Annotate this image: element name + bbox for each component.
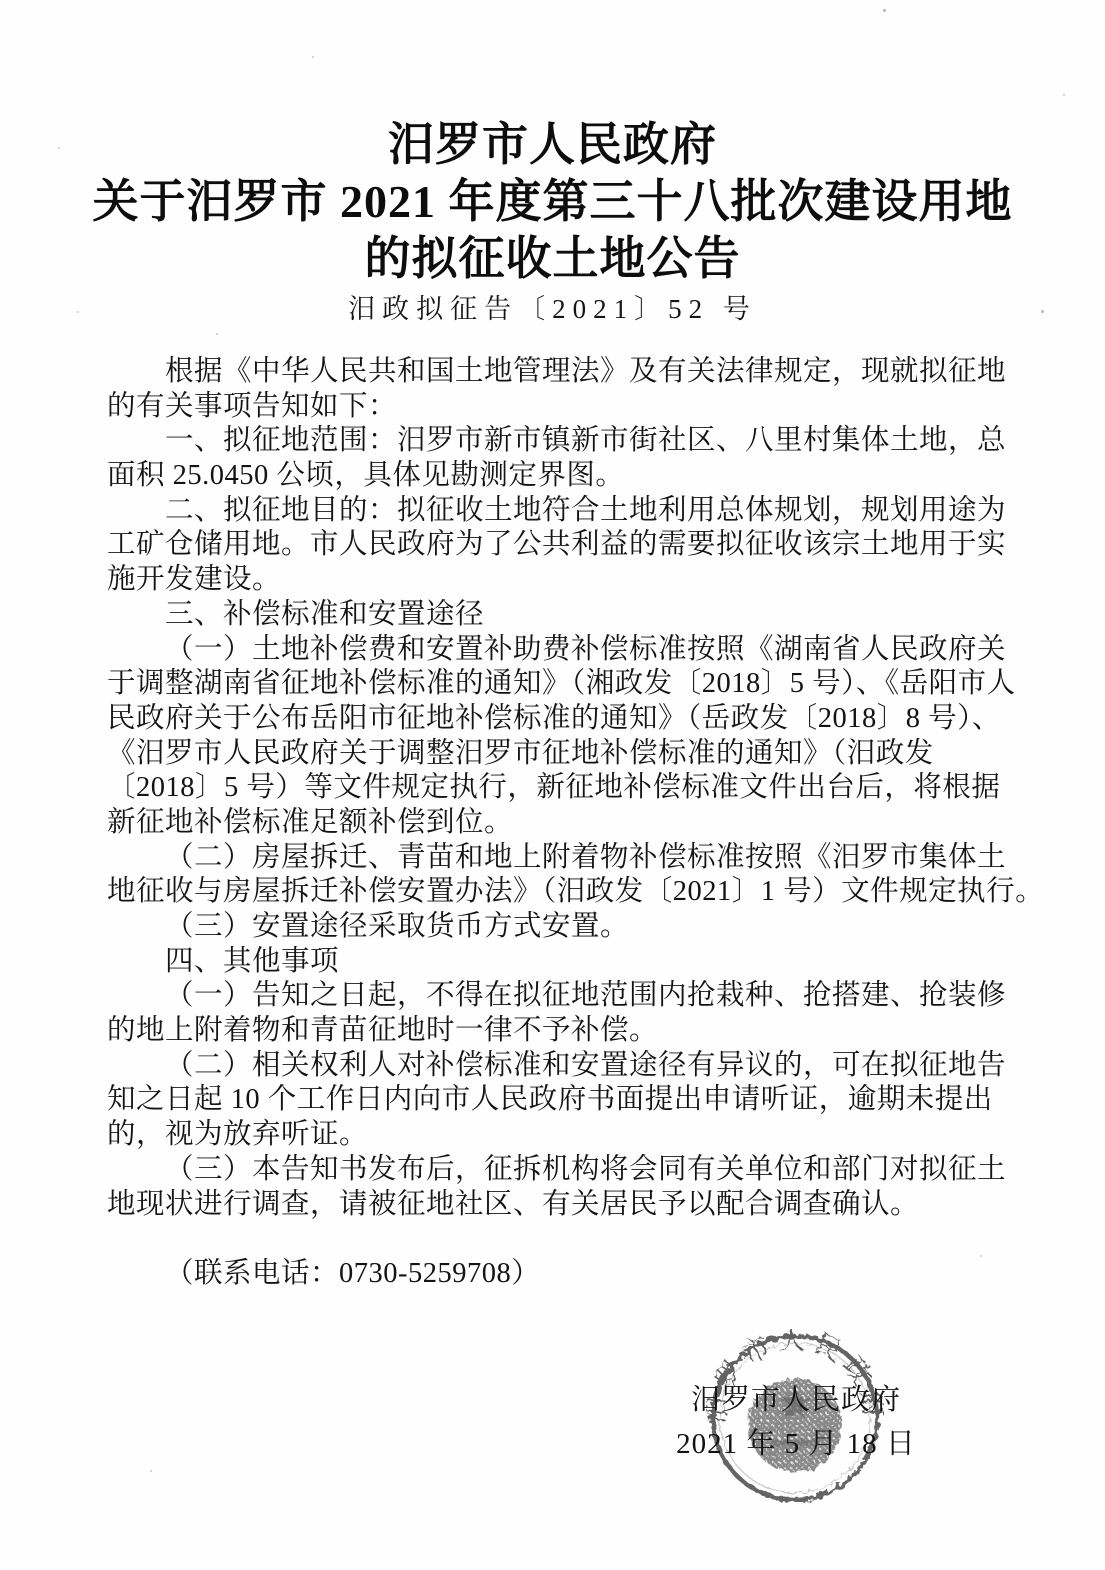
announcement-page: 汨罗市人民政府 关于汨罗市 2021 年度第三十八批次建设用地 的拟征收土地公告… — [0, 0, 1105, 1570]
body-line: （二）房屋拆迁、青苗和地上附着物补偿标准按照《汨罗市集体土 — [107, 841, 1019, 876]
body-line: 地现状进行调查，请被征地社区、有关居民予以配合调查确认。 — [107, 1188, 1019, 1223]
title-line-3: 的拟征收土地公告 — [0, 230, 1105, 287]
document-title: 汨罗市人民政府 关于汨罗市 2021 年度第三十八批次建设用地 的拟征收土地公告 — [0, 116, 1105, 287]
body-line: 《汨罗市人民政府关于调整汨罗市征地补偿标准的通知》（汨政发 — [107, 737, 1019, 772]
body-line: 工矿仓储用地。市人民政府为了公共利益的需要拟征收该宗土地用于实 — [107, 528, 1019, 563]
body-line: 三、补偿标准和安置途径 — [107, 598, 1019, 633]
body-line: 的有关事项告知如下： — [107, 390, 1019, 425]
signature-date: 2021 年 5 月 18 日 — [634, 1422, 958, 1466]
scan-speck — [150, 1470, 152, 1472]
body-line: （三）安置途径采取货币方式安置。 — [107, 910, 1019, 945]
body-line: 二、拟征地目的：拟征收土地符合土地利用总体规划，规划用途为 — [107, 494, 1019, 529]
body-line: 民政府关于公布岳阳市征地补偿标准的通知》（岳政发〔2018〕8 号）、 — [107, 702, 1019, 737]
body-line: 四、其他事项 — [107, 945, 1019, 980]
body-line: 〔2018〕5 号）等文件规定执行，新征地补偿标准文件出台后，将根据 — [107, 771, 1019, 806]
body-line: 根据《中华人民共和国土地管理法》及有关法律规定，现就拟征地 — [107, 355, 1019, 390]
body-line: 于调整湖南省征地补偿标准的通知》（湘政发〔2018〕5 号）、《岳阳市人 — [107, 667, 1019, 702]
body-line: 的，视为放弃听证。 — [107, 1118, 1019, 1153]
title-line-2: 关于汨罗市 2021 年度第三十八批次建设用地 — [0, 173, 1105, 230]
scan-speck — [883, 9, 886, 12]
signature-org: 汨罗市人民政府 — [634, 1378, 958, 1422]
body-line: 知之日起 10 个工作日内向市人民政府书面提出申请听证，逾期未提出 — [107, 1083, 1019, 1118]
body-line: 面积 25.0450 公顷，具体见勘测定界图。 — [107, 459, 1019, 494]
scan-speck — [312, 56, 314, 58]
scan-speck — [1063, 94, 1065, 96]
body-line: 新征地补偿标准足额补偿到位。 — [107, 806, 1019, 841]
contact-phone-line: （联系电话：0730-5259708） — [107, 1257, 1019, 1292]
scan-speck — [216, 333, 218, 335]
body-line: （一）告知之日起，不得在拟征地范围内抢栽种、抢搭建、抢装修 — [107, 979, 1019, 1014]
body-line: （二）相关权利人对补偿标准和安置途径有异议的，可在拟征地告 — [107, 1049, 1019, 1084]
body-line: 一、拟征地范围：汨罗市新市镇新市街社区、八里村集体土地，总 — [107, 424, 1019, 459]
title-line-1: 汨罗市人民政府 — [0, 116, 1105, 173]
body-line: 地征收与房屋拆迁补偿安置办法》（汨政发〔2021〕1 号）文件规定执行。 — [107, 875, 1019, 910]
body-line: 施开发建设。 — [107, 563, 1019, 598]
signature-block: 汨罗市人民政府 2021 年 5 月 18 日 — [634, 1378, 958, 1466]
body-line: （三）本告知书发布后，征拆机构将会同有关单位和部门对拟征土 — [107, 1153, 1019, 1188]
body-line: 的地上附着物和青苗征地时一律不予补偿。 — [107, 1014, 1019, 1049]
document-body: 根据《中华人民共和国土地管理法》及有关法律规定，现就拟征地 的有关事项告知如下：… — [107, 355, 1019, 1292]
document-number: 汨政拟征告〔2021〕52 号 — [0, 287, 1105, 326]
body-line: （一）土地补偿费和安置补助费补偿标准按照《湖南省人民政府关 — [107, 633, 1019, 668]
